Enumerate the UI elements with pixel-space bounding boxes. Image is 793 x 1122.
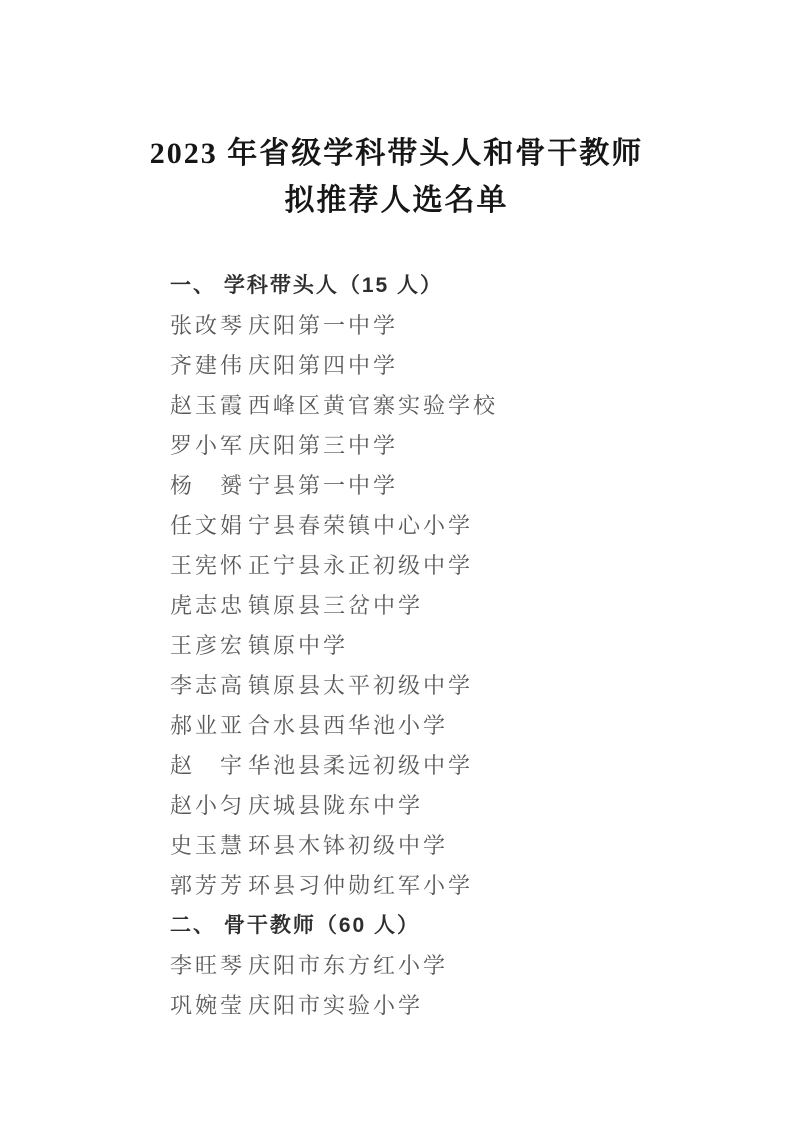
document-page: 2023 年省级学科带头人和骨干教师 拟推荐人选名单 一、 学科带头人（15 人… — [0, 0, 793, 1122]
school-name: 庆阳市实验小学 — [248, 986, 743, 1026]
school-name: 环县习仲勋红军小学 — [248, 866, 743, 906]
teacher-name: 齐建伟 — [170, 346, 248, 386]
section-1-heading: 一、 学科带头人（15 人） — [170, 266, 743, 306]
document-title: 2023 年省级学科带头人和骨干教师 拟推荐人选名单 — [0, 130, 793, 224]
school-name: 庆阳市东方红小学 — [248, 946, 743, 986]
teacher-name: 李旺琴 — [170, 946, 248, 986]
table-row: 虎志忠 镇原县三岔中学 — [170, 586, 743, 626]
teacher-name: 赵小匀 — [170, 786, 248, 826]
school-name: 宁县第一中学 — [248, 466, 743, 506]
school-name: 镇原中学 — [248, 626, 743, 666]
document-title-line-2: 拟推荐人选名单 — [0, 177, 793, 224]
table-row: 赵小匀 庆城县陇东中学 — [170, 786, 743, 826]
table-row: 李旺琴 庆阳市东方红小学 — [170, 946, 743, 986]
teacher-name: 郭芳芳 — [170, 866, 248, 906]
table-row: 赵玉霞 西峰区黄官寨实验学校 — [170, 386, 743, 426]
school-name: 正宁县永正初级中学 — [248, 546, 743, 586]
school-name: 宁县春荣镇中心小学 — [248, 506, 743, 546]
school-name: 镇原县太平初级中学 — [248, 666, 743, 706]
school-name: 庆城县陇东中学 — [248, 786, 743, 826]
table-row: 任文娟 宁县春荣镇中心小学 — [170, 506, 743, 546]
table-row: 赵 宇 华池县柔远初级中学 — [170, 746, 743, 786]
teacher-name: 罗小军 — [170, 426, 248, 466]
table-row: 李志高 镇原县太平初级中学 — [170, 666, 743, 706]
table-row: 史玉慧 环县木钵初级中学 — [170, 826, 743, 866]
teacher-name: 郝业亚 — [170, 706, 248, 746]
school-name: 庆阳第三中学 — [248, 426, 743, 466]
teacher-name: 任文娟 — [170, 506, 248, 546]
school-name: 华池县柔远初级中学 — [248, 746, 743, 786]
teacher-name: 王宪怀 — [170, 546, 248, 586]
table-row: 杨 赟 宁县第一中学 — [170, 466, 743, 506]
school-name: 环县木钵初级中学 — [248, 826, 743, 866]
teacher-name: 杨 赟 — [170, 466, 248, 506]
teacher-name: 张改琴 — [170, 306, 248, 346]
table-row: 张改琴 庆阳第一中学 — [170, 306, 743, 346]
school-name: 西峰区黄官寨实验学校 — [248, 386, 743, 426]
table-row: 王宪怀 正宁县永正初级中学 — [170, 546, 743, 586]
teacher-name: 赵 宇 — [170, 746, 248, 786]
school-name: 镇原县三岔中学 — [248, 586, 743, 626]
school-name: 庆阳第四中学 — [248, 346, 743, 386]
teacher-name: 赵玉霞 — [170, 386, 248, 426]
table-row: 郝业亚 合水县西华池小学 — [170, 706, 743, 746]
school-name: 合水县西华池小学 — [248, 706, 743, 746]
section-2-heading: 二、 骨干教师（60 人） — [170, 906, 743, 946]
table-row: 罗小军 庆阳第三中学 — [170, 426, 743, 466]
document-title-line-1: 2023 年省级学科带头人和骨干教师 — [0, 130, 793, 177]
table-row: 齐建伟 庆阳第四中学 — [170, 346, 743, 386]
document-body: 一、 学科带头人（15 人） 张改琴 庆阳第一中学 齐建伟 庆阳第四中学 赵玉霞… — [170, 266, 743, 1026]
teacher-name: 巩婉莹 — [170, 986, 248, 1026]
table-row: 郭芳芳 环县习仲勋红军小学 — [170, 866, 743, 906]
teacher-name: 王彦宏 — [170, 626, 248, 666]
table-row: 王彦宏 镇原中学 — [170, 626, 743, 666]
teacher-name: 李志高 — [170, 666, 248, 706]
teacher-name: 史玉慧 — [170, 826, 248, 866]
school-name: 庆阳第一中学 — [248, 306, 743, 346]
table-row: 巩婉莹 庆阳市实验小学 — [170, 986, 743, 1026]
teacher-name: 虎志忠 — [170, 586, 248, 626]
